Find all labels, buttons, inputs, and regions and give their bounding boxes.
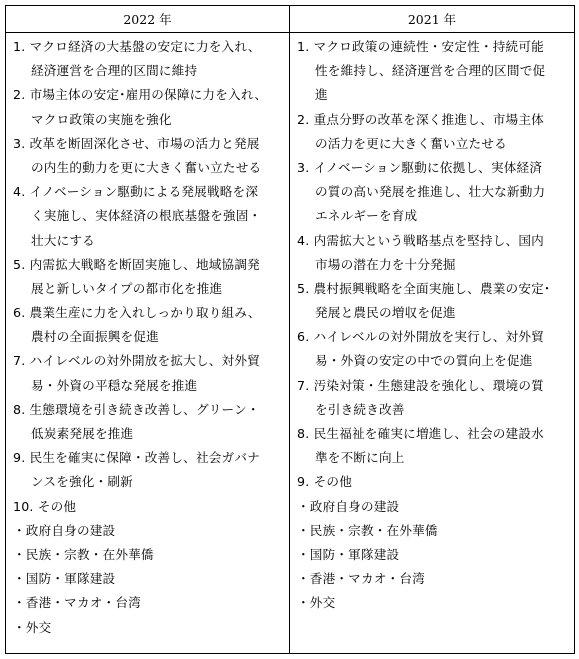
list-line: 8. 生態環境を引き続き改善し、グリーン・: [13, 398, 285, 422]
list-line: く実施し、実体経済の根底基盤を強固・: [13, 204, 285, 228]
list-line: の活力を更に大きく奮い立たせる: [297, 132, 570, 156]
list-line: ・国防・軍隊建設: [297, 543, 570, 567]
list-line: 5. 農村振興戦略を全面実施し、農業の安定･: [297, 277, 570, 301]
list-line: ンスを強化・刷新: [13, 470, 285, 494]
list-line: 壮大にする: [13, 229, 285, 253]
list-line: の質の高い発展を推進し、壮大な新動力: [297, 180, 570, 204]
list-line: ・民族・宗教・在外華僑: [13, 543, 285, 567]
list-line: 7. 汚染対策・生態建設を強化し、環境の質: [297, 374, 570, 398]
list-line: 5. 内需拡大戦略を断固実施し、地域協調発: [13, 253, 285, 277]
list-line: ・香港・マカオ・台湾: [297, 567, 570, 591]
list-line: ・外交: [13, 616, 285, 640]
list-line: ・民族・宗教・在外華僑: [297, 519, 570, 543]
list-line: ・政府自身の建設: [13, 519, 285, 543]
list-line: ・香港・マカオ・台湾: [13, 591, 285, 615]
list-line: 7. ハイレベルの対外開放を拡大し、対外貿: [13, 349, 285, 373]
header-row: 2022 年 2021 年: [6, 6, 575, 33]
column-2022: 1. マクロ経済の大基盤の安定に力を入れ、経済運営を合理的区間に維持2. 市場主…: [6, 33, 290, 654]
list-line: エネルギーを育成: [297, 204, 570, 228]
list-line: 4. 内需拡大という戦略基点を堅持し、国内: [297, 229, 570, 253]
list-line: マクロ政策の実施を強化: [13, 108, 285, 132]
list-line: 1. マクロ経済の大基盤の安定に力を入れ、: [13, 35, 285, 59]
list-line: ・国防・軍隊建設: [13, 567, 285, 591]
column-2021-content: 1. マクロ政策の連続性・安定性・持続可能性を維持し、経済運営を合理的区間で促進…: [290, 33, 574, 616]
list-line: 3. イノベーション駆動に依拠し、実体経済: [297, 156, 570, 180]
list-line: 発展と農民の増収を促進: [297, 301, 570, 325]
list-line: 易・外資の安定の中での質向上を促進: [297, 349, 570, 373]
header-2022: 2022 年: [6, 6, 290, 33]
column-2021: 1. マクロ政策の連続性・安定性・持続可能性を維持し、経済運営を合理的区間で促進…: [290, 33, 575, 654]
list-line: 進: [297, 83, 570, 107]
list-line: 低炭素発展を推進: [13, 422, 285, 446]
comparison-table: 2022 年 2021 年 1. マクロ経済の大基盤の安定に力を入れ、経済運営を…: [5, 5, 575, 654]
list-line: 易・外資の平穏な発展を推進: [13, 374, 285, 398]
list-line: 市場の潜在力を十分発掘: [297, 253, 570, 277]
list-line: 準を不断に向上: [297, 446, 570, 470]
list-line: 8. 民生福祉を確実に増進し、社会の建設水: [297, 422, 570, 446]
list-line: 6. 農業生産に力を入れしっかり取り組み、: [13, 301, 285, 325]
list-line: 9. 民生を確実に保障・改善し、社会ガバナ: [13, 446, 285, 470]
list-line: 2. 市場主体の安定･雇用の保障に力を入れ、: [13, 83, 285, 107]
header-2021: 2021 年: [290, 6, 575, 33]
list-line: 2. 重点分野の改革を深く推進し、市場主体: [297, 108, 570, 132]
list-line: ・政府自身の建設: [297, 495, 570, 519]
column-2022-content: 1. マクロ経済の大基盤の安定に力を入れ、経済運営を合理的区間に維持2. 市場主…: [6, 33, 289, 640]
list-line: 1. マクロ政策の連続性・安定性・持続可能: [297, 35, 570, 59]
list-line: 10. その他: [13, 495, 285, 519]
list-line: 展と新しいタイプの都市化を推進: [13, 277, 285, 301]
list-line: 農村の全面振興を促進: [13, 325, 285, 349]
list-line: 3. 改革を断固深化させ、市場の活力と発展: [13, 132, 285, 156]
list-line: 9. その他: [297, 470, 570, 494]
body-row: 1. マクロ経済の大基盤の安定に力を入れ、経済運営を合理的区間に維持2. 市場主…: [6, 33, 575, 654]
list-line: 経済運営を合理的区間に維持: [13, 59, 285, 83]
list-line: 4. イノベーション駆動による発展戦略を深: [13, 180, 285, 204]
list-line: の内生的動力を更に大きく奮い立たせる: [13, 156, 285, 180]
list-line: ・外交: [297, 591, 570, 615]
list-line: を引き続き改善: [297, 398, 570, 422]
list-line: 性を維持し、経済運営を合理的区間で促: [297, 59, 570, 83]
list-line: 6. ハイレベルの対外開放を実行し、対外貿: [297, 325, 570, 349]
